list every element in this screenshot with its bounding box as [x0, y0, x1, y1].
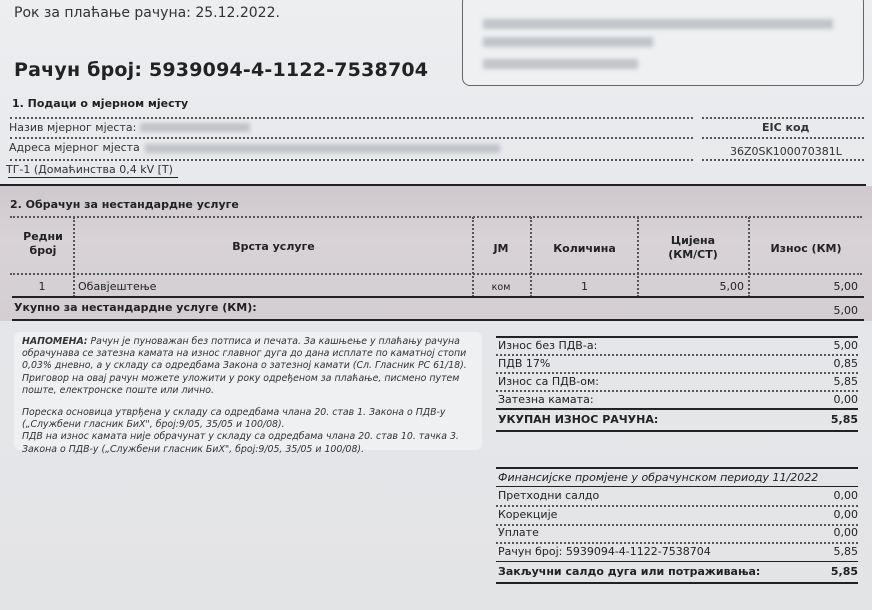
divider: [496, 336, 858, 338]
divider: [12, 319, 864, 321]
divider: [496, 505, 858, 507]
divider: [10, 159, 693, 161]
summary-total-row: УКУПАН ИЗНОС РАЧУНА: 5,85: [498, 413, 858, 426]
cell-price: 5,00: [640, 280, 744, 293]
note-label: НАПОМЕНА:: [22, 336, 88, 347]
cell-unit: ком: [472, 282, 530, 293]
note-text-2: Пореска основица утврђена у складу са од…: [22, 407, 480, 431]
invoice-title: Рачун број: 5939094-4-1122-7538704: [14, 59, 428, 81]
financial-title-text: Финансијске промјене у обрачунском перио…: [498, 471, 818, 484]
financial-total-row: Закључни салдо дуга или потраживања: 5,8…: [498, 565, 858, 578]
column-divider: [637, 217, 639, 297]
section2-total-label: Укупно за нестандардне услуге (КМ):: [14, 301, 257, 314]
summary-row: Износ са ПДВ-ом: 5,85: [498, 375, 858, 388]
divider: [8, 177, 178, 178]
location-name-label: Назив мјерног мјеста:: [9, 121, 136, 134]
cell-service: Обавјештење: [78, 280, 156, 293]
redacted-location-name: [140, 123, 250, 132]
summary-value: 5,00: [834, 339, 859, 352]
summary-total-label: УКУПАН ИЗНОС РАЧУНА:: [498, 413, 658, 426]
divider: [496, 430, 858, 432]
col-header-amount: Износ (КМ): [750, 242, 862, 256]
redacted-location-address: [145, 144, 500, 153]
summary-label: Износ са ПДВ-ом:: [498, 375, 599, 388]
tariff-group: ТГ-1 (Домаћинства 0,4 kV [Т): [6, 163, 173, 176]
financial-title: Финансијске промјене у обрачунском перио…: [498, 471, 858, 484]
section2-title: 2. Обрачун за нестандардне услуге: [10, 198, 239, 211]
divider: [496, 372, 858, 374]
summary-row: ПДВ 17% 0,85: [498, 357, 858, 370]
summary-value: 0,00: [834, 393, 859, 406]
divider: [10, 273, 862, 275]
financial-value: 0,00: [834, 526, 859, 539]
summary-value: 0,85: [834, 357, 859, 370]
col-header-service: Врста услуге: [75, 240, 472, 254]
divider: [702, 159, 864, 161]
financial-value: 0,00: [834, 508, 859, 521]
financial-row: Уплате 0,00: [498, 526, 858, 539]
redacted-text: [483, 19, 833, 29]
col-header-unit: ЈМ: [472, 242, 530, 256]
divider: [496, 390, 858, 392]
redacted-text: [483, 59, 638, 69]
financial-label: Рачун број: 5939094-4-1122-7538704: [498, 545, 711, 558]
financial-label: Претходни салдо: [498, 489, 599, 502]
column-divider: [73, 217, 75, 297]
section1-title: 1. Подаци о мјерном мјесту: [12, 97, 188, 110]
eic-value: 36Z0SK100070381L: [730, 145, 842, 158]
col-header-qty: Количина: [532, 242, 637, 256]
redacted-text: [483, 37, 653, 47]
col-header-price: Цијена (КМ/СТ): [660, 234, 726, 262]
divider: [10, 137, 693, 139]
summary-row: Затезна камата: 0,00: [498, 393, 858, 406]
summary-total-value: 5,85: [831, 413, 858, 426]
financial-label: Уплате: [498, 526, 539, 539]
summary-label: Затезна камата:: [498, 393, 594, 406]
divider: [10, 216, 862, 218]
divider: [496, 486, 858, 487]
divider: [0, 184, 866, 186]
divider: [702, 137, 864, 139]
note-text-3: ПДВ на износ камата није обрачунат у скл…: [22, 431, 480, 455]
cell-amount: 5,00: [750, 280, 858, 293]
location-address-label: Адреса мјерног мјеста: [9, 141, 140, 154]
financial-value: 0,00: [834, 489, 859, 502]
eic-label: EIC код: [762, 121, 809, 134]
financial-total-label: Закључни салдо дуга или потраживања:: [498, 565, 760, 578]
divider: [12, 296, 864, 298]
cell-no: 1: [14, 280, 70, 293]
divider: [10, 117, 693, 119]
divider: [496, 467, 858, 469]
financial-row: Претходни салдо 0,00: [498, 489, 858, 502]
divider: [496, 542, 858, 544]
summary-value: 5,85: [834, 375, 859, 388]
financial-value: 5,85: [834, 545, 859, 558]
summary-row: Износ без ПДВ-а: 5,00: [498, 339, 858, 352]
financial-row: Рачун број: 5939094-4-1122-7538704 5,85: [498, 545, 858, 558]
financial-row: Корекције 0,00: [498, 508, 858, 521]
col-header-no: Редни број: [14, 230, 72, 258]
divider: [496, 354, 858, 356]
recipient-address-box: [462, 0, 864, 86]
divider: [496, 408, 858, 410]
financial-label: Корекције: [498, 508, 557, 521]
due-date: Рок за плаћање рачуна: 25.12.2022.: [14, 5, 280, 21]
summary-label: ПДВ 17%: [498, 357, 550, 370]
cell-qty: 1: [532, 280, 637, 293]
note-text-1: Рачун је пуноважан без потписа и печата.…: [22, 336, 467, 396]
divider: [702, 117, 864, 119]
divider: [496, 561, 858, 562]
summary-label: Износ без ПДВ-а:: [498, 339, 597, 352]
financial-total-value: 5,85: [831, 565, 858, 578]
note: НАПОМЕНА: Рачун је пуноважан без потписа…: [22, 336, 480, 456]
section2-total-value: 5,00: [750, 304, 858, 317]
divider: [496, 582, 858, 584]
